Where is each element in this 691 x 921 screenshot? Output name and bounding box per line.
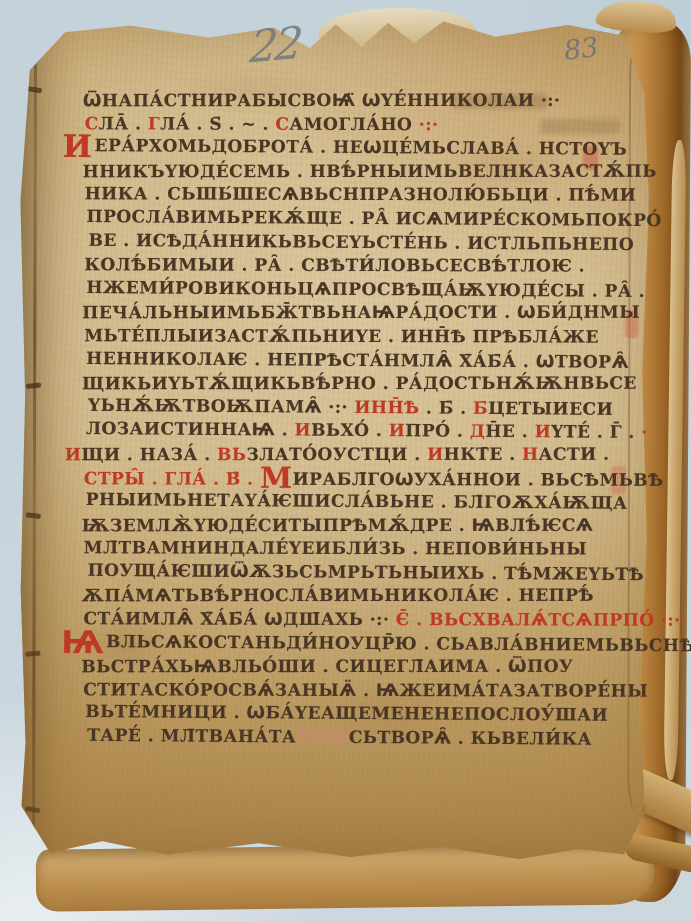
text-line: ститаско́росвѧ́заныѧ̈ . ѩжеима́тазатворе… [83,680,649,705]
rubric-segment: ·:· [419,115,439,135]
rubric-segment: · [635,423,648,443]
rubric-initial: И [63,129,93,165]
ink-segment: про́ . [405,422,470,442]
rubric-segment: Н [522,445,539,465]
ink-segment: вьстра́хьѩвльо́ши . сицегл̄аима . ѿпоу [81,657,573,677]
text-line: поуща́ѥшиѿѫзьсьмрьтьныихь . тѣ́мжеүьтѣ [88,561,654,589]
ink-segment: ѿнапа́стнирабысвоѩ̈ ѡүе́нниколаи ·:· [83,91,561,111]
text-line: ника . сьшь́шесѧвьснпразнолю́бьци . пѣ́м… [85,185,651,210]
rubric-segment: Д [470,422,486,442]
rubric-segment: И [389,421,406,441]
ink-segment: печа́льныимьбж̄твьнаѩра́дости . ѡби́днмы [82,303,640,323]
ink-segment: колѣ́бимыи . ра̑ . свѣти́ловьсесвѣ́тлоѥ … [84,255,585,276]
ink-segment: асти . [539,445,610,465]
text-line: Ѩвльсѧкостаньди́ноуцр̄ю . сьавла́вниемьв… [85,632,651,660]
ink-segment: үте́ . г̄ . [551,423,635,444]
ink-segment: амогла́но [289,114,418,134]
ink-segment: үьнѫ́ѭтвоѭпамѧ̑ ·:· [88,396,354,418]
rubric-segment: И [65,445,82,465]
ink-segment: н̄е . [485,422,534,442]
ink-segment: поуща́ѥшиѿѫзьсьмрьтьныихь . тѣ́мжеүьтѣ [88,561,645,585]
ink-segment: ста́имлѧ̑ х̄а́б̄а́ ѡдш̄ахь ·:· [83,609,395,630]
ink-segment: ера́рхомьдоброта́ . неѡце́мьслава́ . нст… [94,136,627,160]
text-line: ѭземлѫ̀үюде́ситыпрѣмѫ́дре . ѩвлѣ́ѥсѧ [82,515,648,539]
ink-segment: ститаско́росвѧ́заныѧ̈ . ѩжеима́тазатворе… [83,680,648,701]
text-line: нникъүюде́семь . нвѣ́рныимьвелнказастѫ́п… [83,162,649,186]
manuscript-photo: 22 83 ѿнапа́стнирабысвоѩ̈ ѡүе́нниколаи ·… [0,0,691,921]
text-line: ѫпа́мѧтьвѣ́рносла́вимьникола́ѥ . непрѣ́ [82,586,648,610]
ink-segment: Злато́оустци . [246,445,427,465]
ink-segment: лозаистиннаѩ . [86,419,295,440]
text-line: вьстра́хьѩвльо́ши . сицегл̄аима . ѿпоу [81,657,647,681]
text-line: ста́имлѧ̑ х̄а́б̄а́ ѡдш̄ахь ·:· є̄ . Вьсх… [83,609,649,634]
ink-segment: просла́вимьрекѫ́ще . ра̑ исѧмире́скомьпо… [86,207,661,231]
ink-segment: ла́ . ѕ̄ . ~ . [160,114,275,134]
text-line: Ищи . наза́ . ВьЗлато́оустци . Инкт̄е . … [82,445,648,469]
rubric-segment: И [427,445,444,465]
ink-segment: ѭземлѫ̀үюде́ситыпрѣмѫ́дре . ѩвлѣ́ѥсѧ [82,515,594,535]
quire-mark: 22 [248,18,302,74]
text-line: просла́вимьрекѫ́ще . ра̑ исѧмире́скомьпо… [86,207,652,235]
ink-segment: рныимьнетаүа́ѥшисла́вьне . бл̄гоѫха́ѭща [86,490,628,514]
text-line: мл̄твамниндале́үеибли́зь . непови́ньны [84,539,650,564]
text-line: нжеми́ровиконьцѧпросвѣща́ѭүюде́сы . ра̑ … [86,278,652,306]
ink-segment: ве . исѣда́нникьвьсеүьсте́нь . истльпьне… [88,230,634,254]
ink-segment: . б̄ . [419,398,473,418]
text-line: печа́льныимьбж̄твьнаѩра́дости . ѡби́днмы [82,303,648,327]
rubric-segment: И [535,422,552,442]
ink-segment: вьте́мници . ѡба́үеащемененепослоу́шаи [85,702,608,726]
text-line: ве . исѣда́нникьвьсеүьсте́нь . истльпьне… [88,230,654,258]
ink-segment: вьхо́ . [311,421,389,442]
rubric-segment: стры̑ . гла́ . в̄ . [84,469,260,489]
rubric-segment: Инн̄ѣ [354,398,419,419]
ink-segment: мьте́плыизастѫ́пьниүе . инн̄ѣ прѣбла́же [84,326,599,347]
text-line: Иера́рхомьдоброта́ . неѡце́мьслава́ . нс… [87,136,653,164]
rubric-initial: Ѩ [61,625,104,661]
ink-segment: сьтворѧ̑ . кьвели́ка [349,728,592,750]
ink-segment: цетыиеси [488,399,613,420]
rubric-segment: И [294,421,311,441]
ink-segment: ирабл̄гоѡуха́ннои . вьсѣмьвѣ [293,469,664,490]
ink-segment: ника . сьшь́шесѧвьснпразнолю́бьци . пѣ́м… [85,185,637,206]
ink-segment: ненниколаѥ . непрѣста́нмлѧ̑ х̄а́б̄а́ . ѡ… [86,349,629,373]
ink-segment: таре́ . мл̄твана́та [87,726,296,748]
rubric-segment: цр̄ю [296,727,349,747]
rubric-segment: С [275,114,289,134]
ink-segment: щикьиүьтѫ́щикьвѣ́рно . ра́достьнѫ́ѭнвьсе [82,374,637,394]
ink-segment: нжеми́ровиконьцѧпросвѣща́ѭүюде́сы . ра̑ … [86,278,645,302]
ink-segment: ла̄ . [99,114,148,134]
rubric-segment: є̄ . Вьсхвалѧ́тсѧпрпо́ ·:· [396,610,681,631]
rubric-segment: Г [148,114,160,134]
ink-segment: мл̄твамниндале́үеибли́зь . непови́ньны [84,539,587,560]
text-block: ѿнапа́стнирабысвоѩ̈ ѡүе́нниколаи ·:·Сла̄… [83,90,651,752]
folio-number: 83 [562,32,600,67]
ink-segment: щи . наза́ . [81,445,217,465]
ink-segment: нкт̄е . [444,445,522,465]
ink-segment: нникъүюде́семь . нвѣ́рныимьвелнказастѫ́п… [83,162,657,183]
text-line: таре́ . мл̄твана́тацр̄юсьтворѧ̑ . кьвели… [87,726,653,754]
ink-segment: ѫпа́мѧтьвѣ́рносла́вимьникола́ѥ . непрѣ́ [82,586,594,606]
text-line: ненниколаѥ . непрѣста́нмлѧ̑ х̄а́б̄а́ . ѡ… [86,349,652,377]
text-line: стры̑ . гла́ . в̄ . Мирабл̄гоѡуха́ннои .… [84,468,650,493]
text-line: Сла̄ . Гла́ . ѕ̄ . ~ . Самогла́но ·:· [85,114,651,139]
rubric-segment: Вь [217,445,246,465]
ink-segment: вльсѧкостаньди́ноуцр̄ю . сьавла́вниемьвь… [106,632,691,656]
rubric-segment: Б̄ [473,399,488,419]
text-line: щикьиүьтѫ́щикьвѣ́рно . ра́достьнѫ́ѭнвьсе [82,374,648,398]
text-line: рныимьнетаүа́ѥшисла́вьне . бл̄гоѫха́ѭща [86,490,652,518]
text-line: мьте́плыизастѫ́пьниүе . инн̄ѣ прѣбла́же [84,326,650,351]
text-line: лозаистиннаѩ . Ивьхо́ . Ипро́ . Дн̄е . И… [86,419,652,447]
text-line: ѿнапа́стнирабысвоѩ̈ ѡүе́нниколаи ·:· [83,91,649,115]
text-line: колѣ́бимыи . ра̑ . свѣти́ловьсесвѣ́тлоѥ … [84,255,650,280]
